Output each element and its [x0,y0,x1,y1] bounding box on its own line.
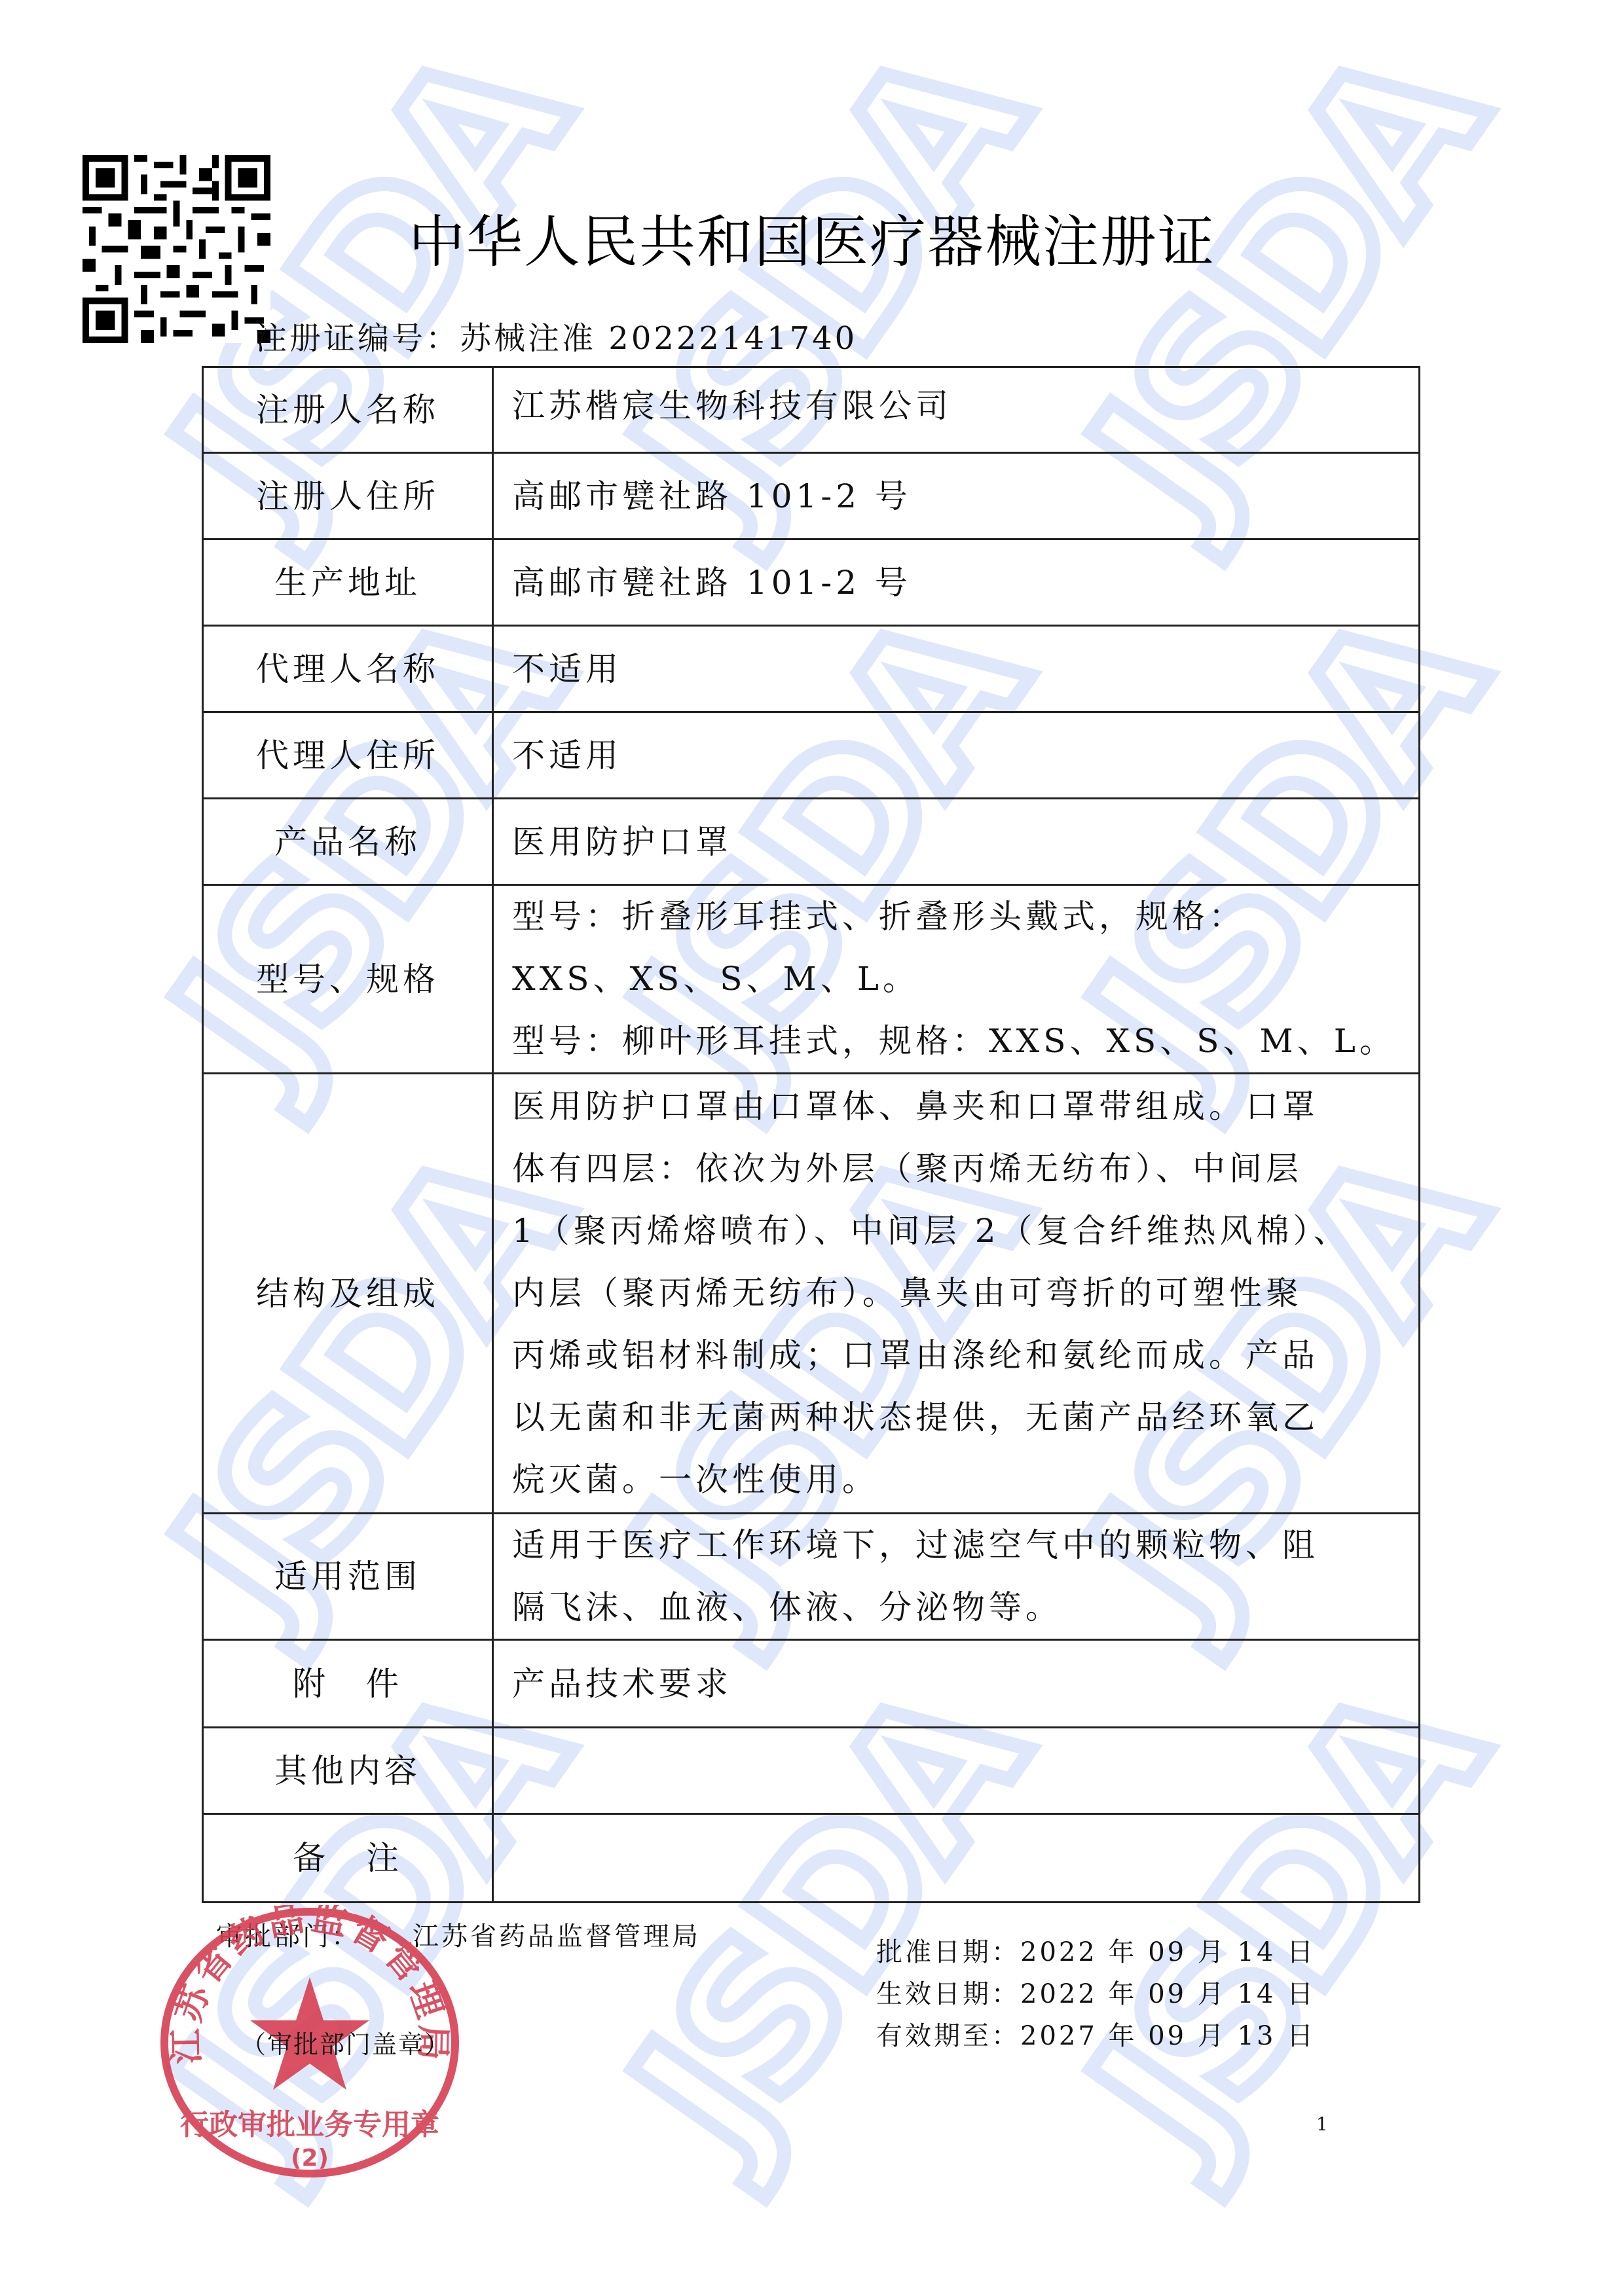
table-row: 代理人名称 不适用 [203,626,1420,712]
text-line: 烷灭菌。一次性使用。 [512,1449,1405,1511]
table-row: 产品名称 医用防护口罩 [203,799,1420,885]
qr-code-icon [83,155,270,343]
table-row: 适用范围 适用于医疗工作环境下，过滤空气中的颗粒物、阻 隔飞沫、血液、体液、分泌… [203,1514,1420,1640]
text-line: 型号：折叠形耳挂式、折叠形头戴式，规格： [512,886,1405,948]
page-number: 1 [1316,2113,1328,2135]
row-value: 适用于医疗工作环境下，过滤空气中的颗粒物、阻 隔飞沫、血液、体液、分泌物等。 [493,1514,1420,1640]
table-row: 注册人名称 江苏楷宸生物科技有限公司 [203,367,1420,453]
table-row: 型号、规格 型号：折叠形耳挂式、折叠形头戴式，规格： XXS、XS、S、M、L。… [203,885,1420,1074]
effective-date: 生效日期：2022 年 09 月 14 日 [876,1973,1316,2015]
row-label: 代理人名称 [203,626,493,712]
table-row: 附 件 产品技术要求 [203,1640,1420,1728]
row-value: 不适用 [493,712,1420,799]
approval-date: 批准日期：2022 年 09 月 14 日 [876,1931,1316,1973]
row-value [493,1814,1420,1903]
row-label: 注册人名称 [203,367,493,453]
text-line: 适用于医疗工作环境下，过滤空气中的颗粒物、阻 [512,1514,1405,1576]
row-value [493,1728,1420,1814]
row-value: 高邮市甓社路 101-2 号 [493,539,1420,626]
row-label: 生产地址 [203,539,493,626]
text-line: 内层（聚丙烯无纺布）。鼻夹由可弯折的可塑性聚 [512,1262,1405,1324]
table-row: 注册人住所 高邮市甓社路 101-2 号 [203,453,1420,539]
row-label: 代理人住所 [203,712,493,799]
row-label: 型号、规格 [203,885,493,1074]
text-line: 丙烯或铝材料制成；口罩由涤纶和氨纶而成。产品 [512,1324,1405,1387]
text-line: 隔飞沫、血液、体液、分泌物等。 [512,1576,1405,1639]
page-title: 中华人民共和国医疗器械注册证 [393,196,1231,278]
seal-inner-text: 行政审批业务专用章 [180,2108,439,2141]
qr-code[interactable] [83,155,270,343]
row-label: 注册人住所 [203,453,493,539]
row-value: 医用防护口罩 [493,799,1420,885]
table-row: 其他内容 [203,1728,1420,1814]
text-line: 以无菌和非无菌两种状态提供，无菌产品经环氧乙 [512,1387,1405,1449]
valid-until-date: 有效期至：2027 年 09 月 13 日 [876,2015,1316,2057]
table-row: 结构及组成 医用防护口罩由口罩体、鼻夹和口罩带组成。口罩 体有四层：依次为外层（… [203,1074,1420,1514]
row-value: 型号：折叠形耳挂式、折叠形头戴式，规格： XXS、XS、S、M、L。 型号：柳叶… [493,885,1420,1074]
row-value: 医用防护口罩由口罩体、鼻夹和口罩带组成。口罩 体有四层：依次为外层（聚丙烯无纺布… [493,1074,1420,1514]
seal-number: (2) [291,2145,329,2172]
text-line: 型号：柳叶形耳挂式，规格：XXS、XS、S、M、L。 [512,1010,1405,1072]
row-label: 结构及组成 [203,1074,493,1514]
table-row: 备 注 [203,1814,1420,1903]
certificate-table: 注册人名称 江苏楷宸生物科技有限公司 注册人住所 高邮市甓社路 101-2 号 … [202,366,1420,1903]
text-line: XXS、XS、S、M、L。 [512,948,1405,1010]
text-line: 医用防护口罩由口罩体、鼻夹和口罩带组成。口罩 [512,1076,1405,1138]
row-value: 产品技术要求 [493,1640,1420,1728]
row-value: 江苏楷宸生物科技有限公司 [493,367,1420,453]
row-label: 附 件 [203,1640,493,1728]
row-label: 备 注 [203,1814,493,1903]
text-line: 体有四层：依次为外层（聚丙烯无纺布）、中间层 [512,1138,1405,1200]
stamp-note: （审批部门盖章） [241,2024,451,2060]
row-label: 适用范围 [203,1514,493,1640]
text-line: 1（聚丙烯熔喷布）、中间层 2（复合纤维热风棉）、 [512,1200,1405,1262]
row-value: 高邮市甓社路 101-2 号 [493,453,1420,539]
table-row: 生产地址 高邮市甓社路 101-2 号 [203,539,1420,626]
table-row: 代理人住所 不适用 [203,712,1420,799]
row-label: 其他内容 [203,1728,493,1814]
registration-number-value: 苏械注准 20222141740 [460,320,857,357]
registration-number-label: 注册证编号： [255,320,460,357]
row-label: 产品名称 [203,799,493,885]
row-value: 不适用 [493,626,1420,712]
dates-block: 批准日期：2022 年 09 月 14 日 生效日期：2022 年 09 月 1… [876,1931,1316,2057]
registration-number: 注册证编号：苏械注准 20222141740 [255,313,857,358]
